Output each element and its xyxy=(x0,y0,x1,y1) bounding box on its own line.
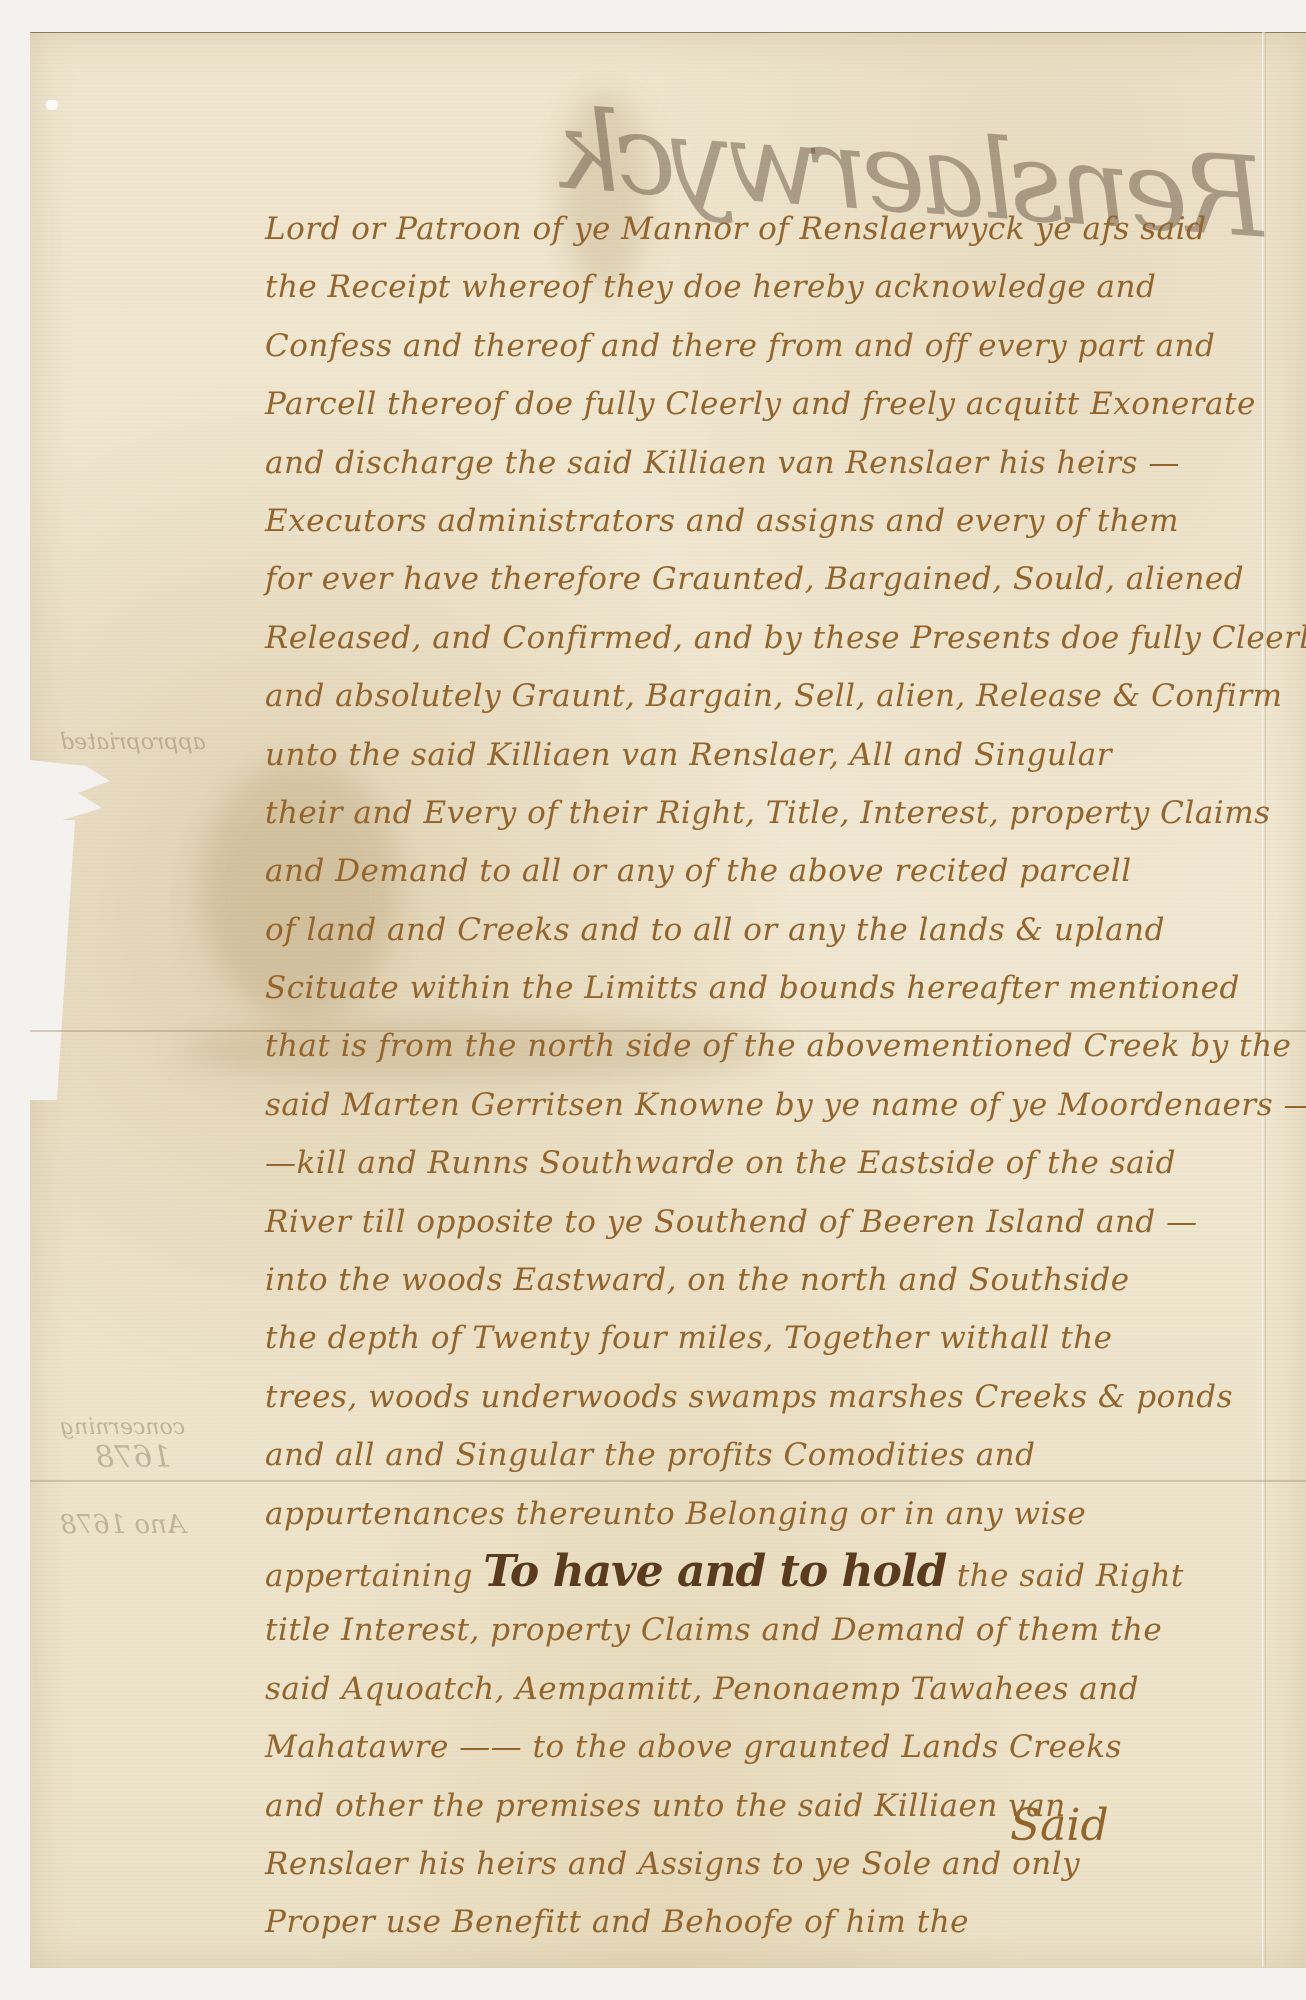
manuscript-line: Scituate within the Limitts and bounds h… xyxy=(265,959,1265,1017)
manuscript-line: said Aquoatch, Aempamitt, Penonaemp Tawa… xyxy=(265,1660,1265,1718)
manuscript-line: for ever have therefore Graunted, Bargai… xyxy=(265,550,1265,608)
manuscript-line: and Demand to all or any of the above re… xyxy=(265,842,1265,900)
manuscript-line: Parcell thereof doe fully Cleerly and fr… xyxy=(265,375,1265,433)
bleed-through-margin-note: appropriated xyxy=(60,730,206,755)
manuscript-line: that is from the north side of the above… xyxy=(265,1017,1265,1075)
manuscript-line: and all and Singular the profits Comodit… xyxy=(265,1426,1265,1484)
bleed-through-year: 1678 xyxy=(95,1440,171,1475)
manuscript-text: Lord or Patroon of ye Mannor of Renslaer… xyxy=(265,200,1265,1952)
manuscript-line: Released, and Confirmed, and by these Pr… xyxy=(265,609,1265,667)
manuscript-line: —kill and Runns Southwarde on the Eastsi… xyxy=(265,1134,1265,1192)
manuscript-line: Lord or Patroon of ye Mannor of Renslaer… xyxy=(265,200,1265,258)
paper-hole xyxy=(46,100,58,110)
manuscript-line: said Marten Gerritsen Knowne by ye name … xyxy=(265,1076,1265,1134)
bleed-through-margin-note: concerning xyxy=(60,1415,185,1440)
manuscript-line: Renslaer his heirs and Assigns to ye Sol… xyxy=(265,1835,1265,1893)
manuscript-line: into the woods Eastward, on the north an… xyxy=(265,1251,1265,1309)
manuscript-line: Proper use Benefitt and Behoofe of him t… xyxy=(265,1893,1265,1951)
manuscript-line: Mahatawre —— to the above graunted Lands… xyxy=(265,1718,1265,1776)
manuscript-line: the depth of Twenty four miles, Together… xyxy=(265,1309,1265,1367)
catchword: Said xyxy=(1010,1800,1109,1851)
bleed-through-margin-note: Ano 1678 xyxy=(60,1510,186,1540)
manuscript-line: trees, woods underwoods swamps marshes C… xyxy=(265,1368,1265,1426)
manuscript-line: the Receipt whereof they doe hereby ackn… xyxy=(265,258,1265,316)
manuscript-line: Confess and thereof and there from and o… xyxy=(265,317,1265,375)
manuscript-line: River till opposite to ye Southend of Be… xyxy=(265,1193,1265,1251)
manuscript-line: unto the said Killiaen van Renslaer, All… xyxy=(265,726,1265,784)
manuscript-line: Executors administrators and assigns and… xyxy=(265,492,1265,550)
manuscript-line: title Interest, property Claims and Dema… xyxy=(265,1601,1265,1659)
manuscript-line: and absolutely Graunt, Bargain, Sell, al… xyxy=(265,667,1265,725)
manuscript-line: appurtenances thereunto Belonging or in … xyxy=(265,1485,1265,1543)
manuscript-line: their and Every of their Right, Title, I… xyxy=(265,784,1265,842)
habendum-clause: To have and to hold xyxy=(483,1546,946,1597)
manuscript-line: and discharge the said Killiaen van Rens… xyxy=(265,434,1265,492)
manuscript-line: appertaining To have and to hold the sai… xyxy=(265,1543,1265,1601)
manuscript-line: of land and Creeks and to all or any the… xyxy=(265,901,1265,959)
manuscript-line: and other the premises unto the said Kil… xyxy=(265,1777,1265,1835)
